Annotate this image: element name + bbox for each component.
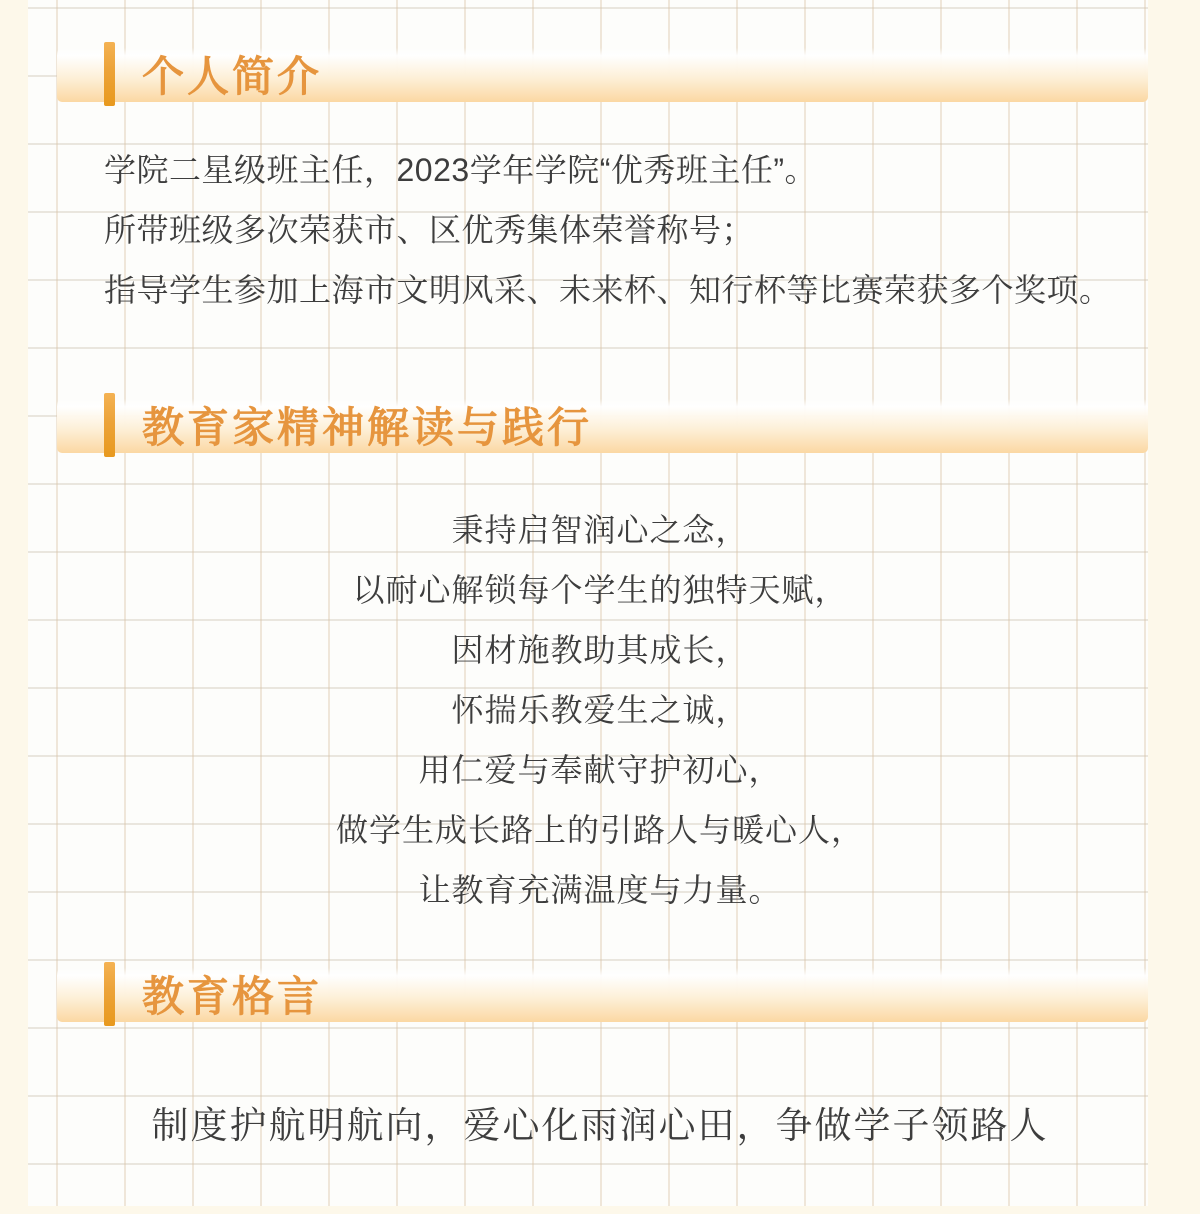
poem-line: 以耐心解锁每个学生的独特天赋，	[0, 560, 1200, 620]
header-accent-bar	[104, 393, 115, 457]
spirit-poem: 秉持启智润心之念， 以耐心解锁每个学生的独特天赋， 因材施教助其成长， 怀揣乐教…	[0, 500, 1200, 920]
profile-line: 指导学生参加上海市文明风采、未来杯、知行杯等比赛荣获多个奖项。	[104, 260, 1140, 320]
header-accent-bar	[104, 962, 115, 1026]
section-header-profile: 个人简介	[0, 42, 1200, 106]
teacher-profile-poster: 个人简介 学院二星级班主任，2023学年学院“优秀班主任”。 所带班级多次荣获市…	[0, 0, 1200, 1214]
profile-line: 学院二星级班主任，2023学年学院“优秀班主任”。	[104, 140, 1140, 200]
motto-line: 制度护航明航向，爱心化雨润心田，争做学子领路人	[0, 1100, 1200, 1152]
poem-line: 用仁爱与奉献守护初心，	[0, 740, 1200, 800]
section-title-motto: 教育格言	[142, 964, 322, 1024]
poem-line: 因材施教助其成长，	[0, 620, 1200, 680]
header-accent-bar	[104, 42, 115, 106]
section-header-spirit: 教育家精神解读与践行	[0, 393, 1200, 457]
section-title-profile: 个人简介	[142, 44, 322, 104]
poem-line: 让教育充满温度与力量。	[0, 860, 1200, 920]
section-header-motto: 教育格言	[0, 962, 1200, 1026]
poem-line: 怀揣乐教爱生之诚，	[0, 680, 1200, 740]
poem-line: 做学生成长路上的引路人与暖心人，	[0, 800, 1200, 860]
section-title-spirit: 教育家精神解读与践行	[142, 395, 592, 455]
profile-paragraph: 学院二星级班主任，2023学年学院“优秀班主任”。 所带班级多次荣获市、区优秀集…	[104, 140, 1140, 320]
poem-line: 秉持启智润心之念，	[0, 500, 1200, 560]
profile-line: 所带班级多次荣获市、区优秀集体荣誉称号；	[104, 200, 1140, 260]
